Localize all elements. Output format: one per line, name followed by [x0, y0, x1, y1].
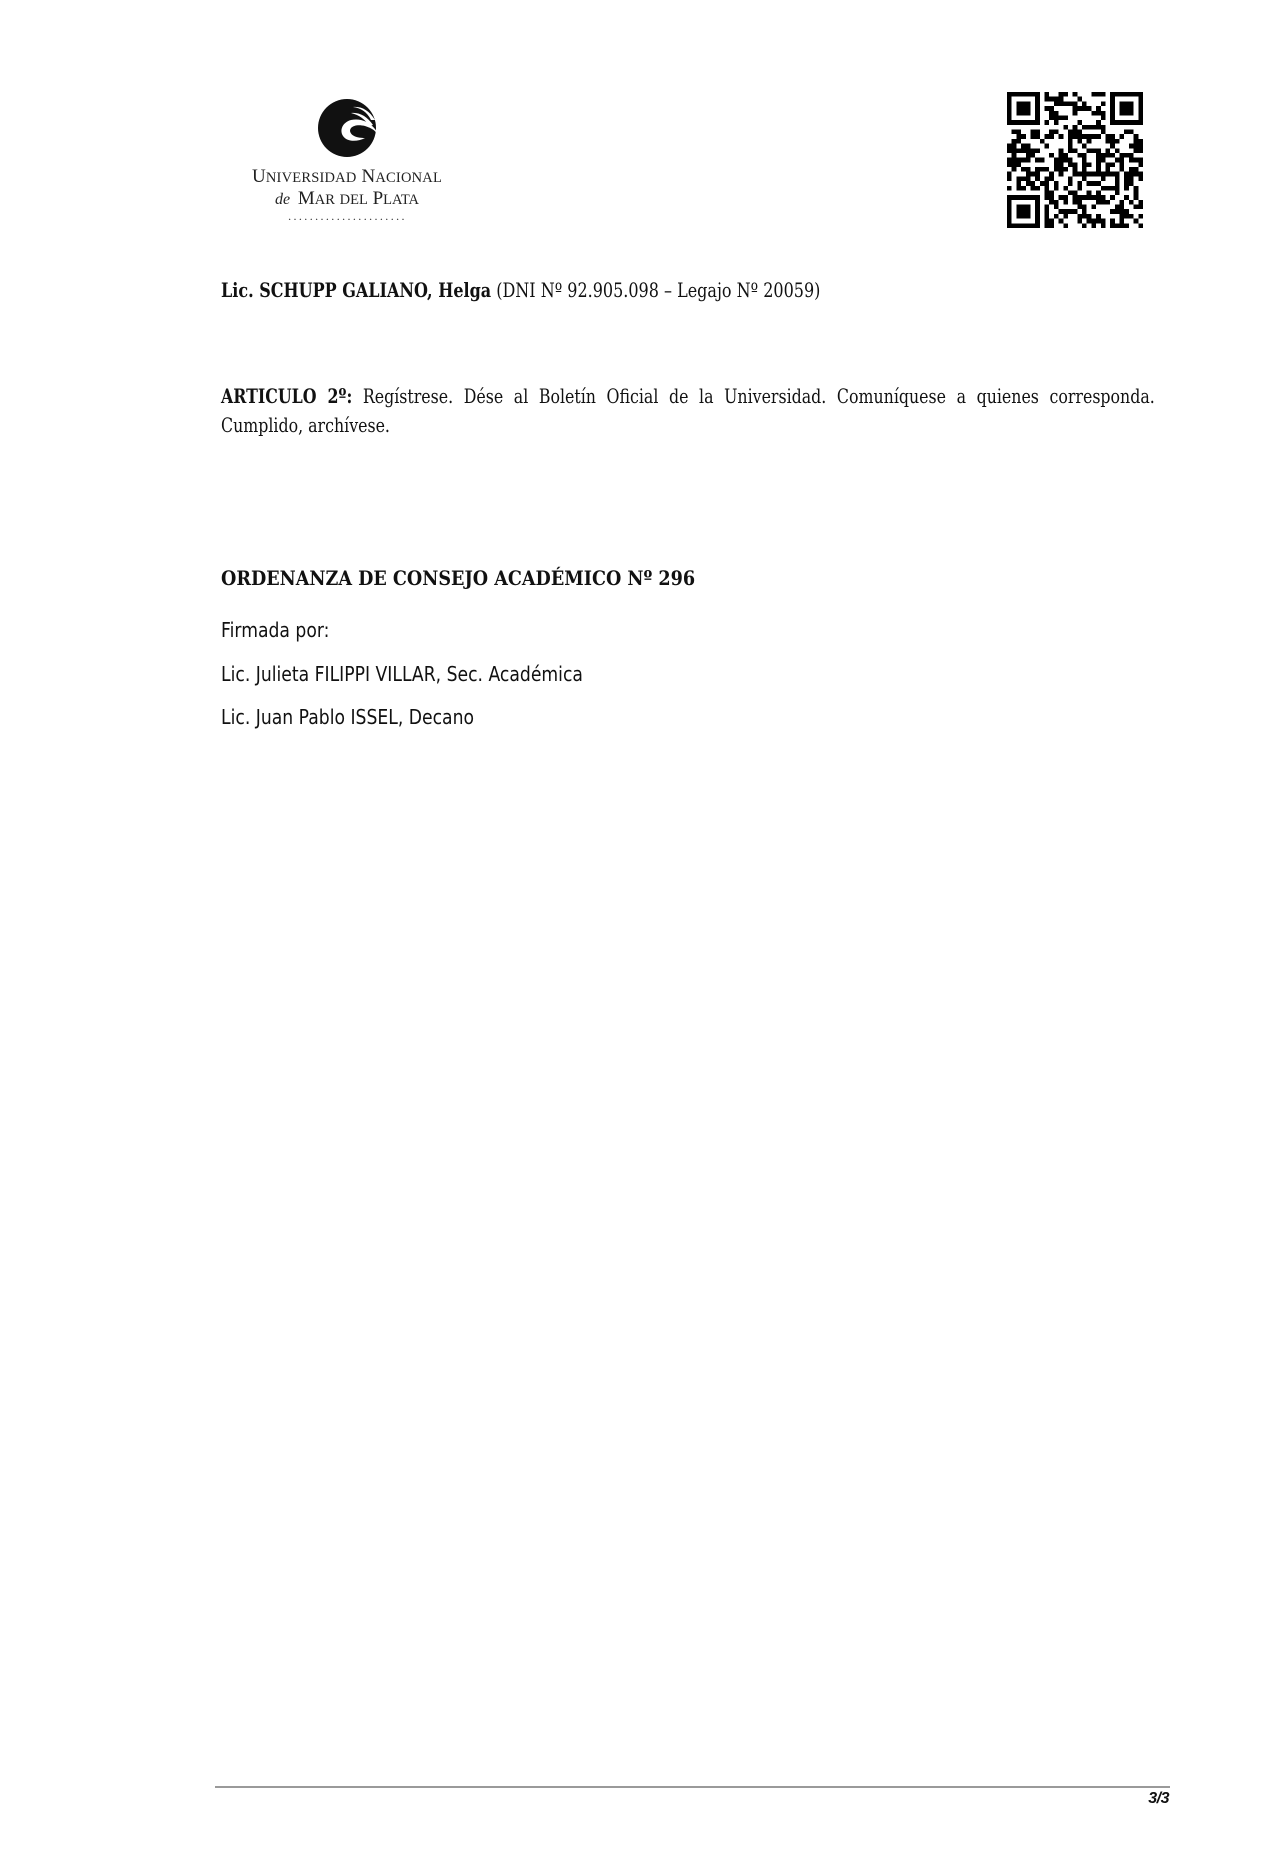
- designee-name: Lic. SCHUPP GALIANO, Helga: [221, 278, 491, 302]
- qr-code-icon: [1006, 92, 1144, 228]
- document-page: UNIVERSIDAD NACIONAL de MAR DEL PLATA ..…: [0, 0, 1280, 1864]
- ordinance-title: ORDENANZA DE CONSEJO ACADÉMICO Nº 296: [221, 566, 695, 590]
- signer-secretary: Lic. Julieta FILIPPI VILLAR, Sec. Académ…: [221, 662, 583, 686]
- university-wave-emblem-icon: [317, 98, 377, 158]
- article-2: ARTICULO 2º: Regístrese. Dése al Boletín…: [221, 382, 1155, 440]
- signed-by-label: Firmada por:: [221, 618, 329, 642]
- signer-dean: Lic. Juan Pablo ISSEL, Decano: [221, 705, 474, 729]
- designee-id: (DNI Nº 92.905.098 – Legajo Nº 20059): [491, 278, 820, 302]
- designee-line: Lic. SCHUPP GALIANO, Helga (DNI Nº 92.90…: [221, 278, 820, 302]
- footer-divider: [215, 1786, 1170, 1788]
- logo-city-name: de MAR DEL PLATA: [232, 188, 462, 210]
- university-logo: UNIVERSIDAD NACIONAL de MAR DEL PLATA ..…: [232, 96, 462, 226]
- article-text: Regístrese. Dése al Boletín Oficial de l…: [221, 384, 1155, 437]
- logo-dotted-rule: ......................: [265, 209, 430, 224]
- article-label: ARTICULO 2º:: [221, 384, 352, 408]
- page-number: 3/3: [1137, 1790, 1169, 1808]
- logo-university-name: UNIVERSIDAD NACIONAL: [232, 166, 462, 188]
